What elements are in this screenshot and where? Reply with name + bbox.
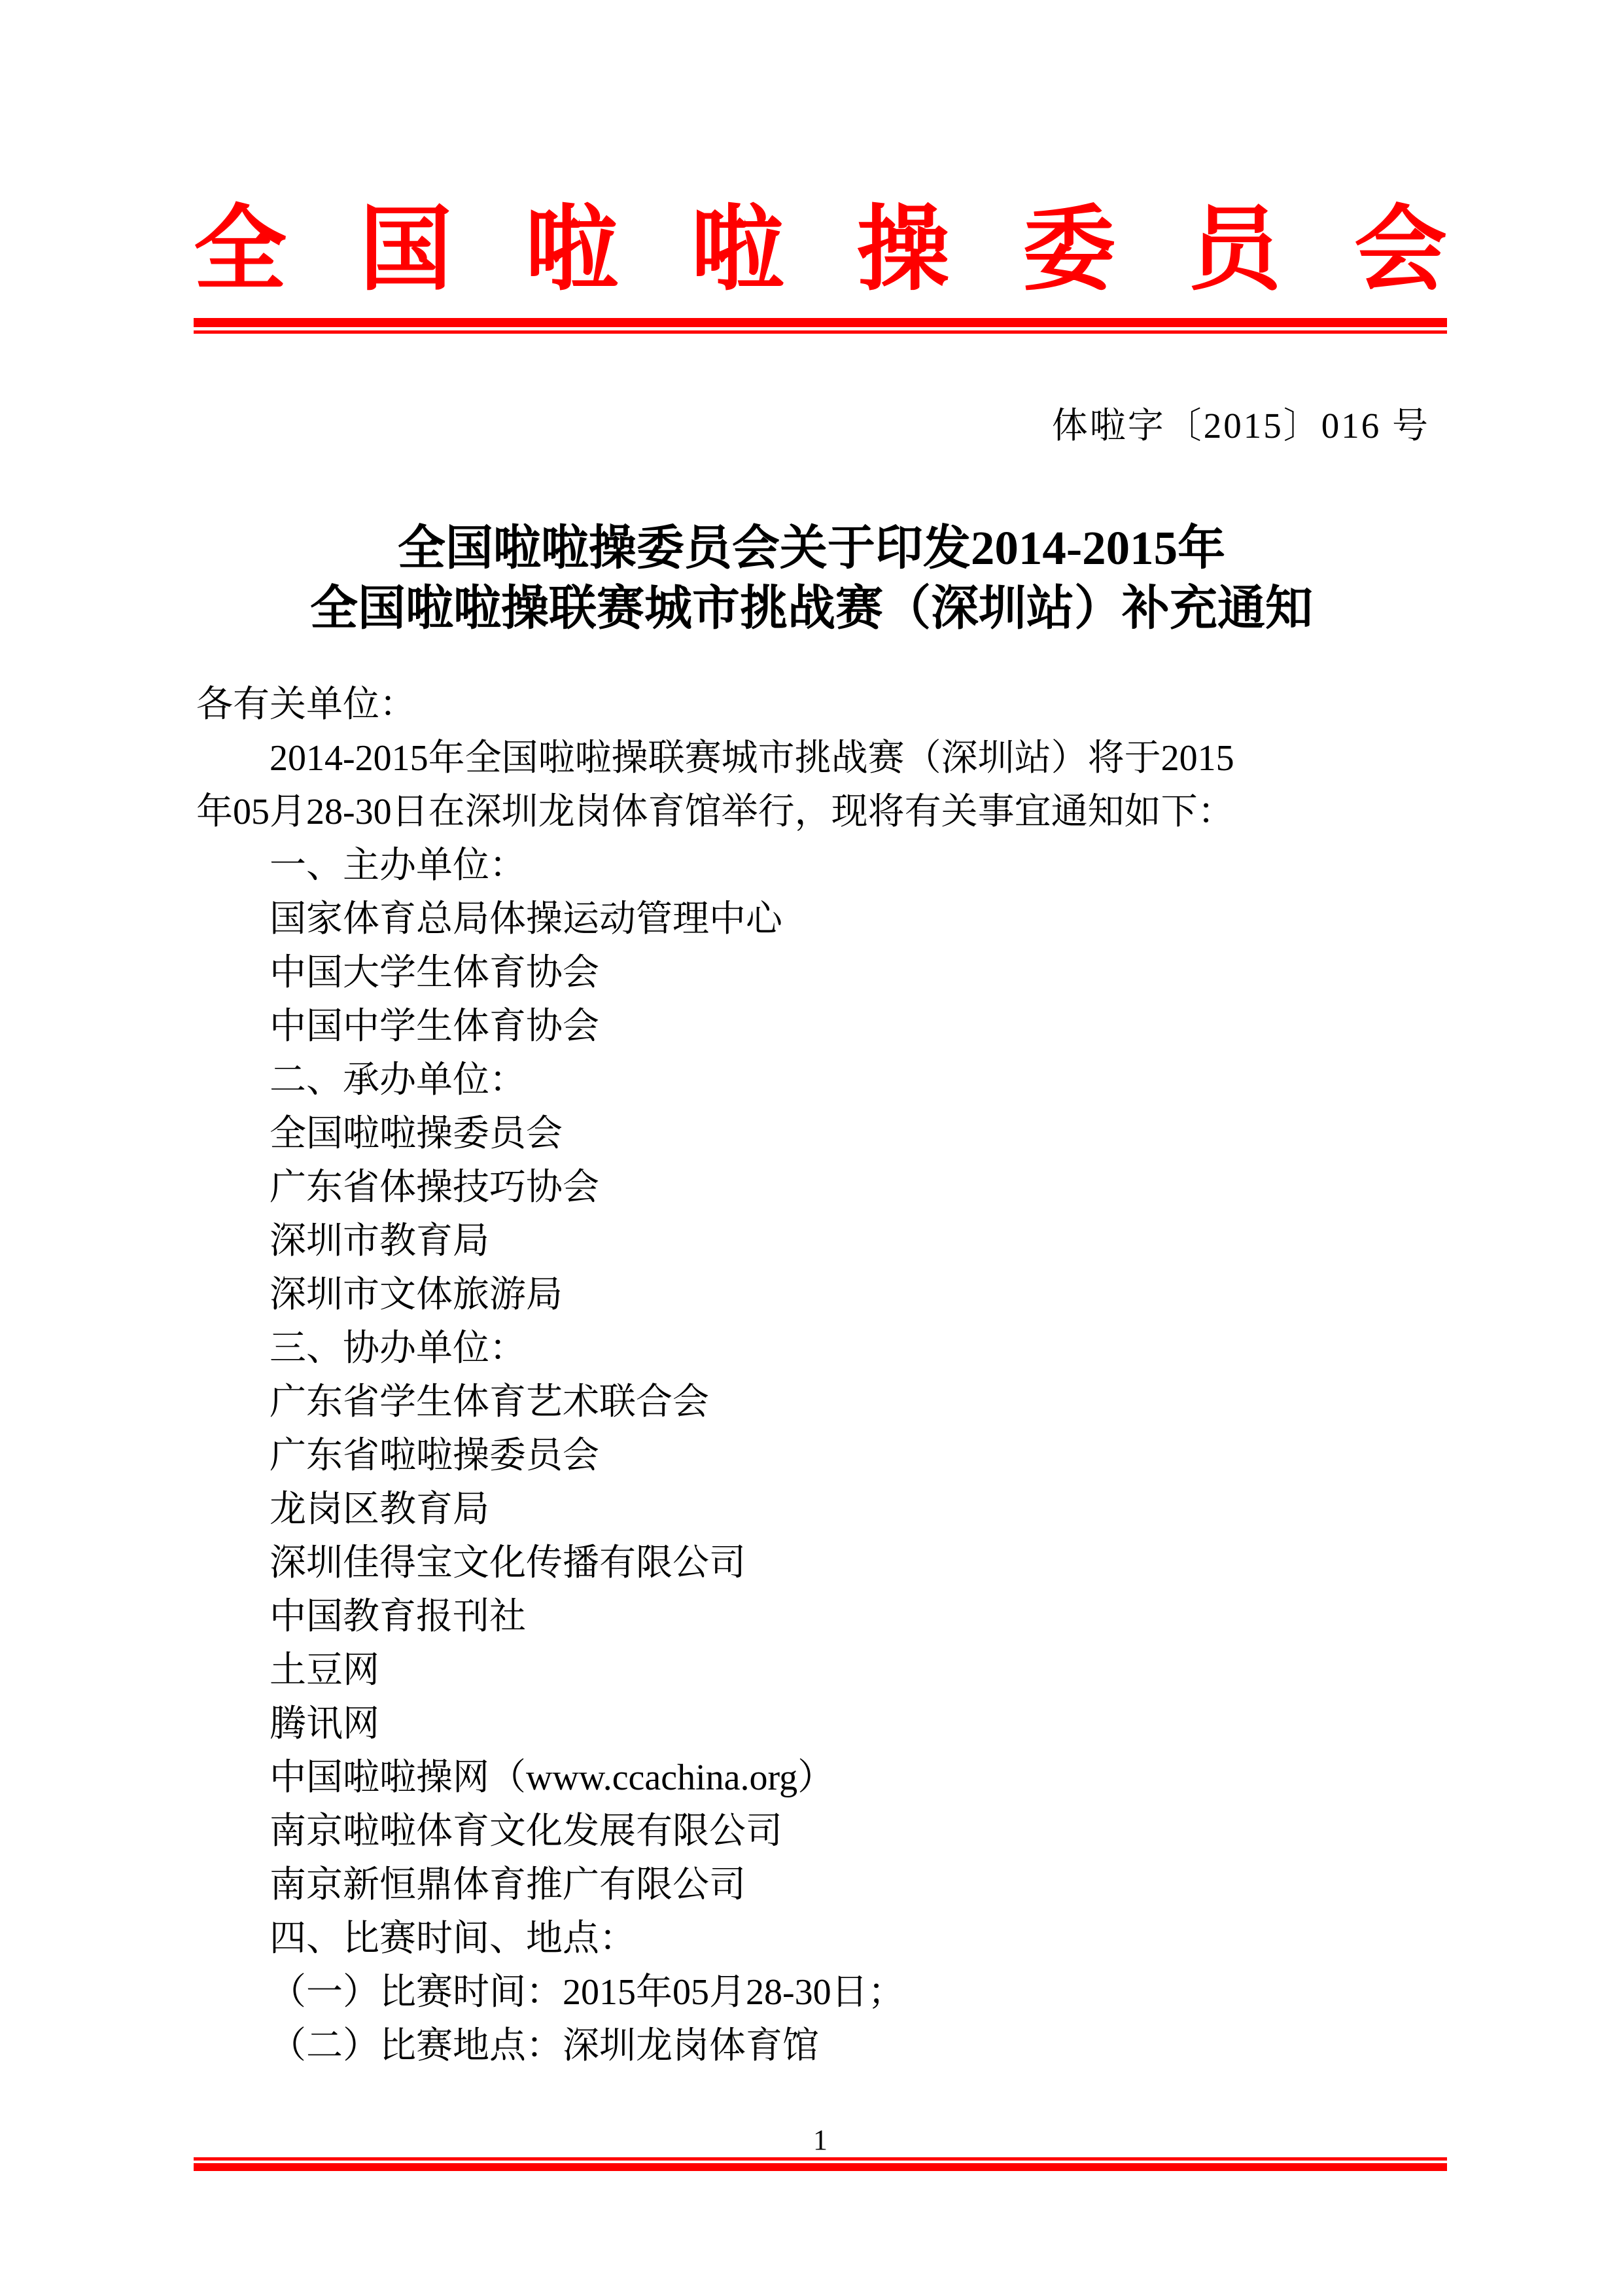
header-rule-thick: [194, 318, 1447, 327]
body-line: 中国大学生体育协会: [196, 946, 1459, 1000]
body-line: 土豆网: [196, 1644, 1459, 1697]
body-line: 深圳市文体旅游局: [196, 1268, 1459, 1322]
body-line: 南京新恒鼎体育推广有限公司: [196, 1858, 1459, 1912]
header-rule-thin: [194, 330, 1447, 334]
body-line: 中国中学生体育协会: [196, 1000, 1459, 1053]
body-line: 广东省体操技巧协会: [196, 1161, 1459, 1214]
body-line: 四、比赛时间、地点：: [196, 1912, 1459, 1966]
org-title-char: 员: [1189, 202, 1282, 299]
org-title-char: 全: [194, 202, 287, 299]
body-line: 广东省啦啦操委员会: [196, 1429, 1459, 1483]
body-line: 三、协办单位：: [196, 1322, 1459, 1375]
body-line: 广东省学生体育艺术联合会: [196, 1375, 1459, 1429]
body-line: 2014-2015年全国啦啦操联赛城市挑战赛（深圳站）将于2015: [196, 732, 1459, 785]
body-line: 二、承办单位：: [196, 1053, 1459, 1107]
document-title: 全国啦啦操委员会关于印发2014-2015年 全国啦啦操联赛城市挑战赛（深圳站）…: [0, 518, 1623, 639]
body-line: 各有关单位：: [196, 678, 1459, 732]
document-title-line2: 全国啦啦操联赛城市挑战赛（深圳站）补充通知: [0, 578, 1623, 639]
body-line: 中国教育报刊社: [196, 1590, 1459, 1644]
document-title-line1: 全国啦啦操委员会关于印发2014-2015年: [0, 518, 1623, 578]
body-line: 全国啦啦操委员会: [196, 1107, 1459, 1161]
body-line: 国家体育总局体操运动管理中心: [196, 892, 1459, 946]
header-org-title: 全国啦啦操委员会: [194, 202, 1447, 299]
body-line: 年05月28-30日在深圳龙岗体育馆举行，现将有关事宜通知如下：: [196, 785, 1459, 839]
body-line: 南京啦啦体育文化发展有限公司: [196, 1805, 1459, 1858]
org-title-char: 国: [359, 202, 452, 299]
org-title-char: 啦: [691, 202, 784, 299]
body-line: 一、主办单位：: [196, 839, 1459, 892]
footer-rule-thick: [194, 2163, 1447, 2171]
body-line: 中国啦啦操网（www.ccachina.org）: [196, 1751, 1459, 1805]
org-title-char: 啦: [525, 202, 618, 299]
org-title-char: 会: [1354, 202, 1447, 299]
body-line: 腾讯网: [196, 1697, 1459, 1751]
document-body: 各有关单位：2014-2015年全国啦啦操联赛城市挑战赛（深圳站）将于2015年…: [196, 678, 1459, 2073]
body-line: 深圳市教育局: [196, 1214, 1459, 1268]
document-page: 全国啦啦操委员会 体啦字〔2015〕016 号 全国啦啦操委员会关于印发2014…: [0, 0, 1623, 2296]
doc-number: 体啦字〔2015〕016 号: [194, 404, 1430, 448]
body-line: （一）比赛时间：2015年05月28-30日；: [196, 1966, 1459, 2019]
page-number: 1: [194, 2125, 1447, 2155]
body-line: 龙岗区教育局: [196, 1483, 1459, 1536]
org-title-char: 操: [857, 202, 950, 299]
footer-rule-thin: [194, 2157, 1447, 2161]
body-line: （二）比赛地点：深圳龙岗体育馆: [196, 2019, 1459, 2073]
body-line: 深圳佳得宝文化传播有限公司: [196, 1536, 1459, 1590]
org-title-char: 委: [1022, 202, 1115, 299]
